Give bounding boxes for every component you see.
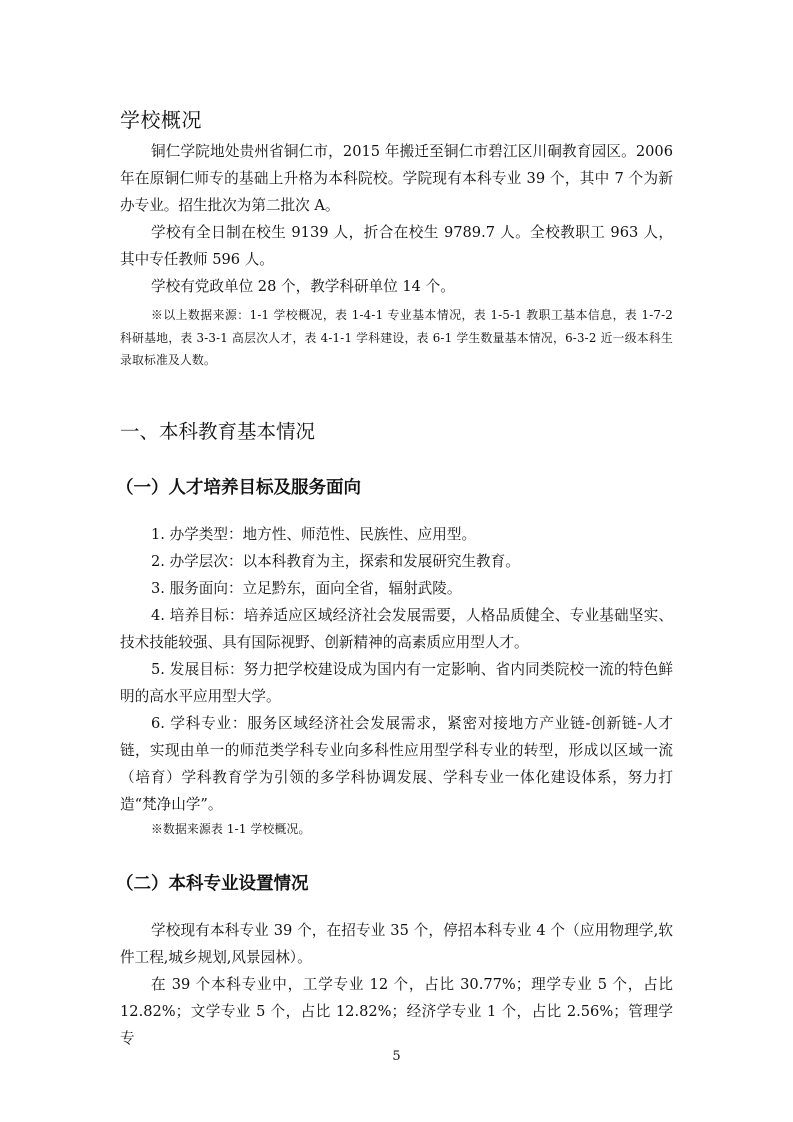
majors-paragraph-2: 在 39 个本科专业中，工学专业 12 个，占比 30.77%；理学专业 5 个…: [120, 971, 673, 1052]
overview-source-note: ※以上数据来源：1-1 学校概况，表 1-4-1 专业基本情况，表 1-5-1 …: [120, 304, 673, 372]
overview-title: 学校概况: [120, 104, 202, 133]
subsection-1-source-note: ※数据来源表 1-1 学校概况。: [120, 818, 673, 841]
subsection-2-title: （二）本科专业设置情况: [116, 870, 309, 895]
goal-item-4: 4. 培养目标：培养适应区域经济社会发展需要，人格品质健全、专业基础坚实、技术技…: [120, 602, 673, 656]
overview-paragraph-2: 学校有全日制在校生 9139 人，折合在校生 9789.7 人。全校教职工 96…: [120, 219, 673, 273]
section-1-title: 一、本科教育基本情况: [120, 416, 315, 444]
overview-paragraph-3: 学校有党政单位 28 个，教学科研单位 14 个。: [120, 273, 673, 300]
page-number: 5: [0, 1049, 793, 1064]
goal-item-2: 2. 办学层次：以本科教育为主，探索和发展研究生教育。: [120, 548, 673, 575]
goal-item-1: 1. 办学类型：地方性、师范性、民族性、应用型。: [120, 521, 673, 548]
goal-item-3: 3. 服务面向：立足黔东，面向全省，辐射武陵。: [120, 575, 673, 602]
goal-item-6: 6. 学科专业：服务区域经济社会发展需求，紧密对接地方产业链-创新链-人才链，实…: [120, 710, 673, 818]
majors-paragraph-1: 学校现有本科专业 39 个，在招专业 35 个，停招本科专业 4 个（应用物理学…: [120, 917, 673, 971]
subsection-1-title: （一）人才培养目标及服务面向: [116, 474, 361, 499]
overview-paragraph-1: 铜仁学院地处贵州省铜仁市，2015 年搬迁至铜仁市碧江区川硐教育园区。2006 …: [120, 138, 673, 219]
goal-item-5: 5. 发展目标：努力把学校建设成为国内有一定影响、省内同类院校一流的特色鲜明的高…: [120, 656, 673, 710]
